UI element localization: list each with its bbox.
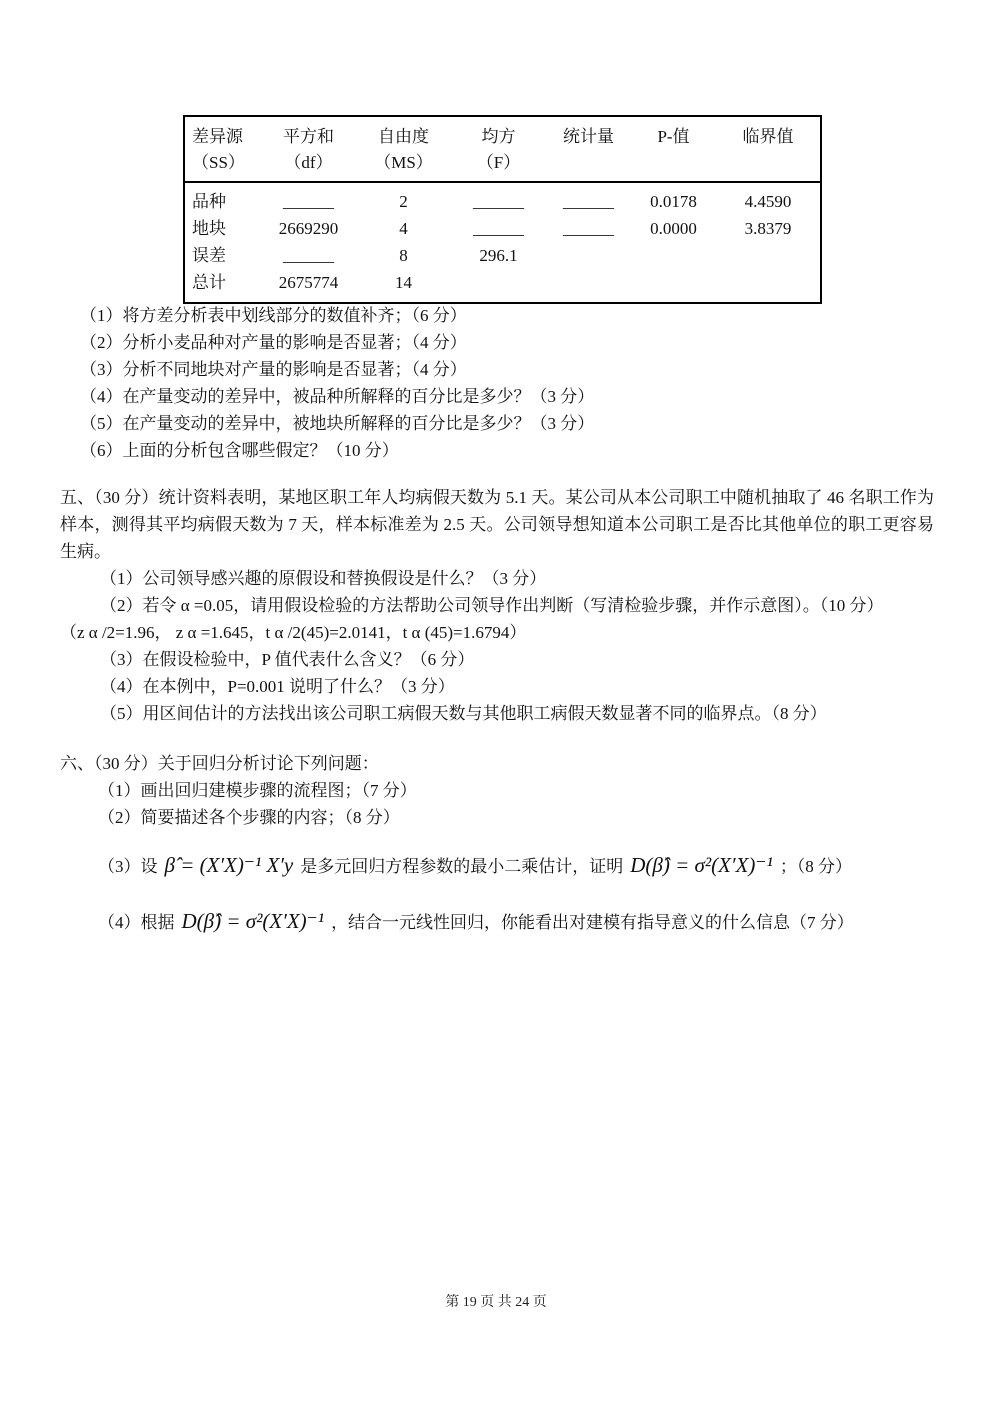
table-cell: 3.8379 bbox=[716, 215, 821, 242]
table-cell: 品种 bbox=[184, 182, 261, 215]
question-item-with-formula: （3）设β̂ = (X′X)⁻¹ X′y是多元回归方程参数的最小二乘估计，证明D… bbox=[98, 845, 940, 887]
table-cell: 14 bbox=[356, 269, 451, 303]
question-suffix: ，结合一元线性回归，你能看出对建模有指导意义的什么信息（7 分） bbox=[331, 913, 854, 932]
col-subheader-ss: （SS） bbox=[184, 150, 261, 182]
table-cell: 0.0178 bbox=[631, 182, 716, 215]
section6: 六、（30 分）关于回归分析讨论下列问题： （1）画出回归建模步骤的流程图；（7… bbox=[60, 750, 940, 943]
table-cell: 2 bbox=[356, 182, 451, 215]
variance-formula: D(β̂) = σ²(X′X)⁻¹ bbox=[182, 909, 325, 933]
table-row-error: 误差 ______ 8 296.1 bbox=[184, 242, 821, 269]
question-middle: 是多元回归方程参数的最小二乘估计，证明 bbox=[300, 857, 623, 876]
table-cell bbox=[546, 269, 631, 303]
col-subheader-empty-3 bbox=[716, 150, 821, 182]
table-header-row-2: （SS） （df） （MS） （F） bbox=[184, 150, 821, 182]
table-cell: 296.1 bbox=[451, 242, 546, 269]
question-item: （2）分析小麦品种对产量的影响是否显著；（4 分） bbox=[80, 329, 940, 356]
table-row-variety: 品种 ______ 2 ______ ______ 0.0178 4.4590 bbox=[184, 182, 821, 215]
table-header-row-1: 差异源 平方和 自由度 均方 统计量 P-值 临界值 bbox=[184, 116, 821, 150]
table-cell-blank: ______ bbox=[261, 242, 356, 269]
col-subheader-f: （F） bbox=[451, 150, 546, 182]
section5-intro: 五、（30 分）统计资料表明，某地区职工年人均病假天数为 5.1 天。某公司从本… bbox=[60, 484, 934, 565]
table-cell: 4 bbox=[356, 215, 451, 242]
question-item: （3）分析不同地块对产量的影响是否显著；（4 分） bbox=[80, 356, 940, 383]
table-cell: 4.4590 bbox=[716, 182, 821, 215]
table-cell: 地块 bbox=[184, 215, 261, 242]
question-item: （2）简要描述各个步骤的内容；（8 分） bbox=[98, 804, 940, 831]
table-cell-blank: ______ bbox=[546, 182, 631, 215]
table-cell bbox=[546, 242, 631, 269]
table-cell-blank: ______ bbox=[546, 215, 631, 242]
table-cell: 总计 bbox=[184, 269, 261, 303]
table-cell bbox=[716, 269, 821, 303]
question-prefix: （4）根据 bbox=[98, 913, 175, 932]
question-item: （2）若令 α =0.05，请用假设检验的方法帮助公司领导作出判断（写清检验步骤… bbox=[100, 592, 934, 619]
col-header-df: 自由度 bbox=[356, 116, 451, 150]
table-cell: 8 bbox=[356, 242, 451, 269]
question-prefix: （3）设 bbox=[98, 857, 158, 876]
exam-page: 差异源 平方和 自由度 均方 统计量 P-值 临界值 （SS） （df） （MS… bbox=[0, 0, 992, 1403]
page-number-footer: 第 19 页 共 24 页 bbox=[0, 1291, 992, 1311]
col-header-critical: 临界值 bbox=[716, 116, 821, 150]
table-cell bbox=[631, 242, 716, 269]
table-cell-blank: ______ bbox=[261, 182, 356, 215]
table-cell bbox=[451, 269, 546, 303]
table-row-block: 地块 2669290 4 ______ ______ 0.0000 3.8379 bbox=[184, 215, 821, 242]
table-cell: 0.0000 bbox=[631, 215, 716, 242]
question-item: （5）用区间估计的方法找出该公司职工病假天数与其他职工病假天数显著不同的临界点。… bbox=[100, 700, 934, 727]
section6-intro: 六、（30 分）关于回归分析讨论下列问题： bbox=[60, 750, 940, 777]
question-suffix: ；（8 分） bbox=[780, 857, 852, 876]
table-cell bbox=[631, 269, 716, 303]
section4-question-list: （1）将方差分析表中划线部分的数值补齐；（6 分） （2）分析小麦品种对产量的影… bbox=[80, 302, 940, 464]
question-item: （5）在产量变动的差异中，被地块所解释的百分比是多少？（3 分） bbox=[80, 410, 940, 437]
col-header-ss: 平方和 bbox=[261, 116, 356, 150]
col-subheader-empty-1 bbox=[546, 150, 631, 182]
question-item: （1）将方差分析表中划线部分的数值补齐；（6 分） bbox=[80, 302, 940, 329]
question-item: （3）在假设检验中，P 值代表什么含义？（6 分） bbox=[100, 646, 934, 673]
table-cell: 2669290 bbox=[261, 215, 356, 242]
ols-estimator-formula: β̂ = (X′X)⁻¹ X′y bbox=[165, 853, 294, 877]
question-item: （4）在产量变动的差异中，被品种所解释的百分比是多少？（3 分） bbox=[80, 383, 940, 410]
table-cell: 误差 bbox=[184, 242, 261, 269]
anova-table: 差异源 平方和 自由度 均方 统计量 P-值 临界值 （SS） （df） （MS… bbox=[183, 115, 822, 304]
table-cell bbox=[716, 242, 821, 269]
col-subheader-empty-2 bbox=[631, 150, 716, 182]
col-header-pvalue: P-值 bbox=[631, 116, 716, 150]
question-item: （4）在本例中，P=0.001 说明了什么？（3 分） bbox=[100, 673, 934, 700]
section5: 五、（30 分）统计资料表明，某地区职工年人均病假天数为 5.1 天。某公司从本… bbox=[60, 484, 934, 727]
question-item: （1）画出回归建模步骤的流程图；（7 分） bbox=[98, 777, 940, 804]
col-subheader-df: （df） bbox=[261, 150, 356, 182]
question-item: （1）公司领导感兴趣的原假设和替换假设是什么？（3 分） bbox=[100, 565, 934, 592]
col-header-stat: 统计量 bbox=[546, 116, 631, 150]
question-item: （6）上面的分析包含哪些假定？（10 分） bbox=[80, 437, 940, 464]
critical-values-note: （z α /2=1.96， z α =1.645，t α /2(45)=2.01… bbox=[60, 619, 934, 646]
col-header-ms: 均方 bbox=[451, 116, 546, 150]
table-cell: 2675774 bbox=[261, 269, 356, 303]
col-header-source: 差异源 bbox=[184, 116, 261, 150]
table-cell-blank: ______ bbox=[451, 182, 546, 215]
question-item-with-formula: （4）根据D(β̂) = σ²(X′X)⁻¹，结合一元线性回归，你能看出对建模有… bbox=[98, 901, 940, 943]
table-row-total: 总计 2675774 14 bbox=[184, 269, 821, 303]
variance-formula: D(β̂) = σ²(X′X)⁻¹ bbox=[630, 853, 773, 877]
col-subheader-ms: （MS） bbox=[356, 150, 451, 182]
table-cell-blank: ______ bbox=[451, 215, 546, 242]
